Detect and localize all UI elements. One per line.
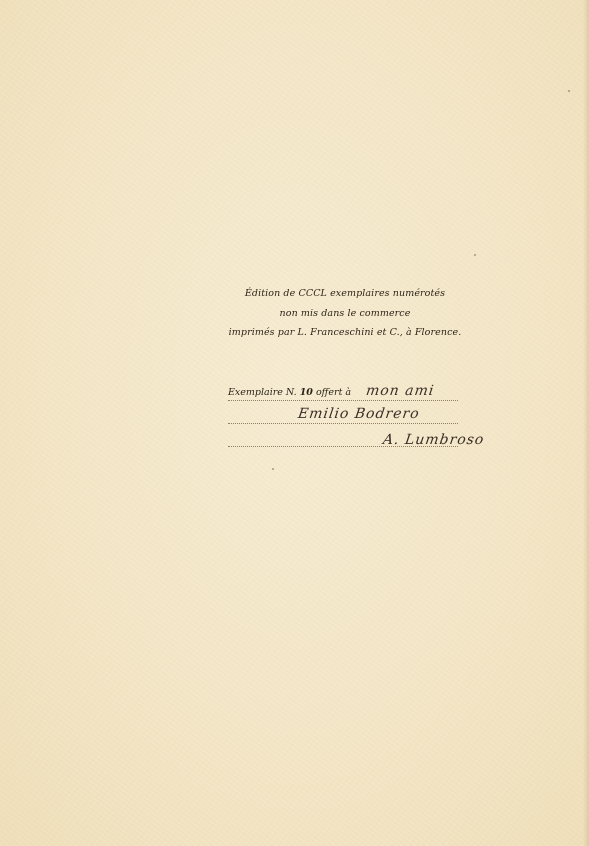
document-page: Édition de CCCL exemplaires numérotés no… xyxy=(0,0,589,846)
dedication-row-1: Exemplaire N. 10 offert à mon ami xyxy=(228,378,458,401)
printed-copy-line: Exemplaire N. 10 offert à xyxy=(228,387,351,398)
handwritten-recipient-greeting: mon ami xyxy=(365,383,436,399)
dedication-row-2: Emilio Bodrero xyxy=(228,401,458,424)
printed-prefix: Exemplaire N. xyxy=(228,387,297,398)
edition-colophon: Édition de CCCL exemplaires numérotés no… xyxy=(225,284,465,343)
paper-speck xyxy=(272,468,274,470)
handwritten-recipient-name: Emilio Bodrero xyxy=(297,406,421,422)
handwritten-signature: A. Lumbroso xyxy=(382,432,486,448)
colophon-line-printer: imprimés par L. Franceschini et C., à Fl… xyxy=(225,323,465,343)
dedication-block: Exemplaire N. 10 offert à mon ami Emilio… xyxy=(228,378,458,447)
paper-speck xyxy=(474,254,476,256)
colophon-line-edition: Édition de CCCL exemplaires numérotés xyxy=(225,284,465,304)
copy-number: 10 xyxy=(300,387,313,398)
dedication-row-3: A. Lumbroso xyxy=(228,424,458,447)
paper-speck xyxy=(568,90,570,92)
colophon-line-commerce: non mis dans le commerce xyxy=(225,304,465,324)
printed-suffix: offert à xyxy=(316,387,351,398)
